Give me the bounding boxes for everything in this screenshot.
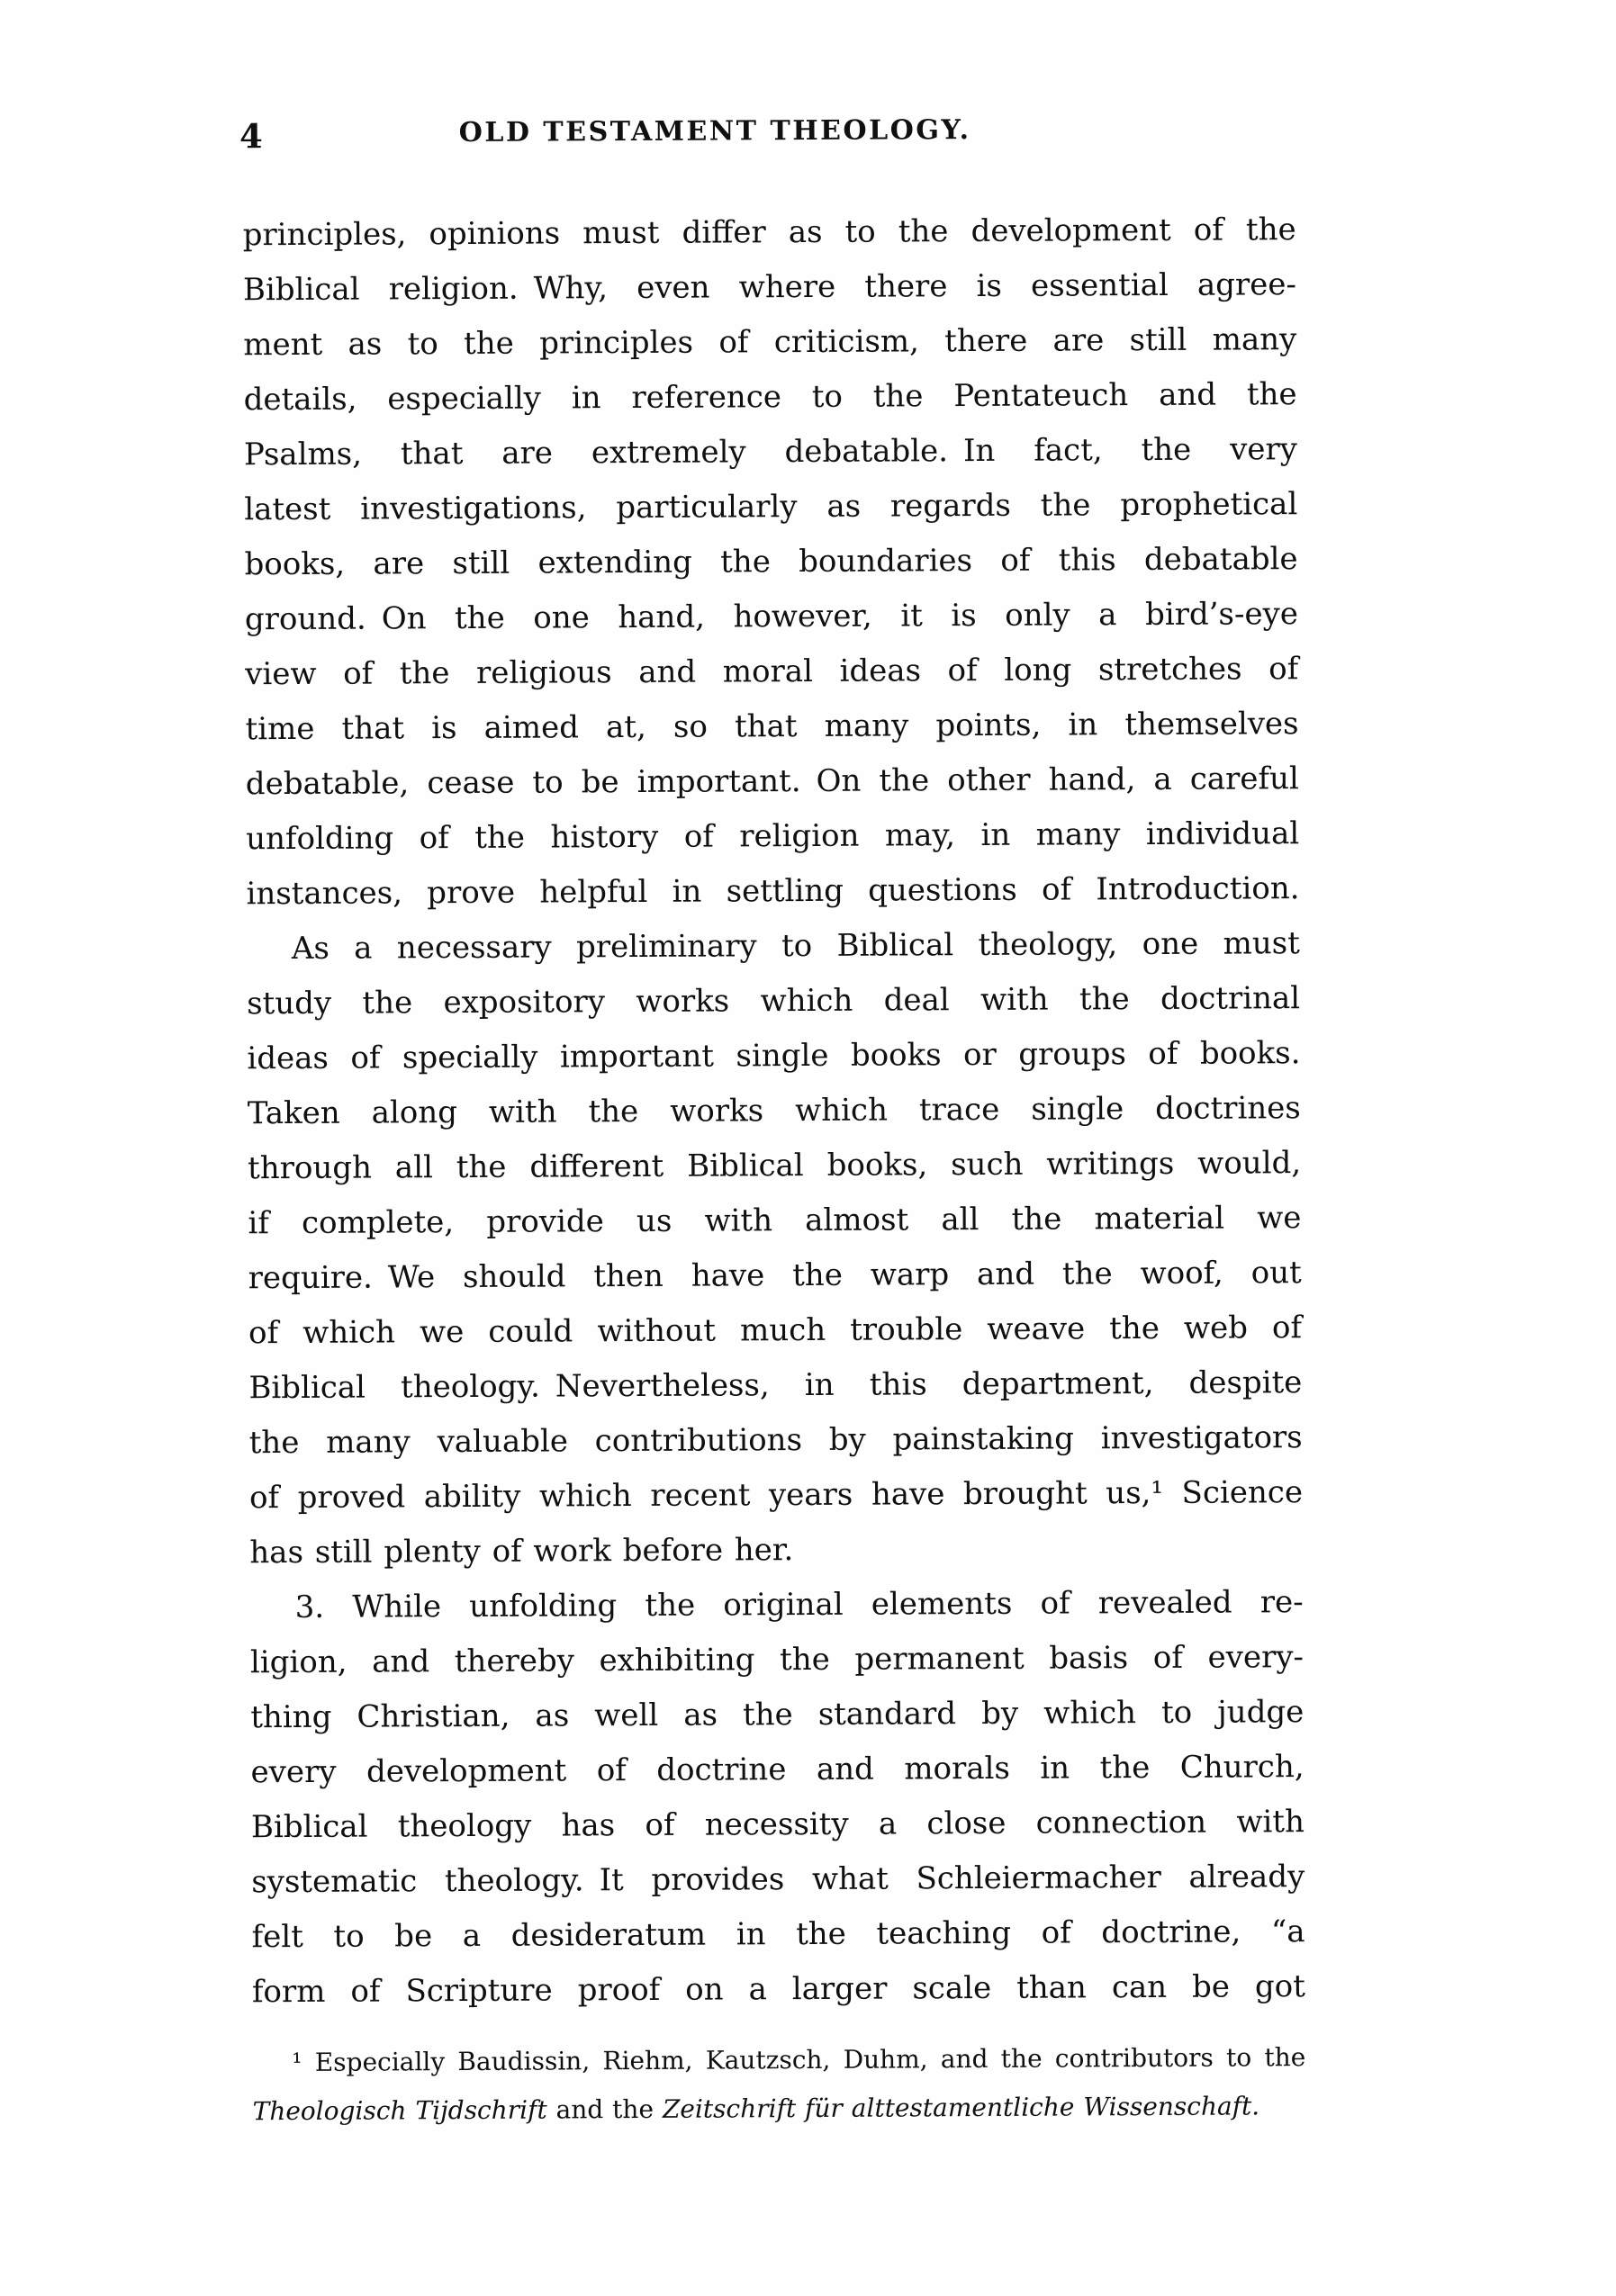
text-line: ment as to the principles of criticism, …	[243, 312, 1296, 373]
text-line: of proved ability which recent years hav…	[249, 1465, 1303, 1526]
running-header: OLD TESTAMENT THEOLOGY.	[346, 113, 1084, 149]
page-number: 4	[239, 116, 264, 156]
text-line: has still plenty of work before her.	[249, 1520, 1303, 1580]
paragraph: principles, opinions must differ as to t…	[243, 203, 1300, 922]
text-line: if complete, provide us with almost all …	[248, 1191, 1301, 1251]
footnote-text: and the	[547, 2094, 663, 2125]
text-line: ligion, and thereby exhibiting the perma…	[250, 1630, 1304, 1690]
scanned-page: 4 OLD TESTAMENT THEOLOGY. principles, op…	[0, 0, 1616, 2296]
text-line: form of Scripture proof on a larger scal…	[252, 1959, 1305, 2020]
text-line: debatable, cease to be important. On the…	[246, 752, 1299, 812]
text-line: details, especially in reference to the …	[243, 367, 1296, 428]
text-line: instances, prove helpful in settling que…	[246, 861, 1299, 922]
text-line: As a necessary preliminary to Biblical t…	[247, 916, 1300, 977]
text-line: through all the different Biblical books…	[248, 1136, 1301, 1196]
text-line: felt to be a desideratum in the teaching…	[251, 1904, 1305, 1965]
text-line: principles, opinions must differ as to t…	[243, 203, 1296, 263]
footnote-text: ¹ Especially Baudissin, Riehm, Kautzsch,…	[292, 2042, 1305, 2077]
text-line: study the expository works which deal wi…	[247, 971, 1300, 1031]
text-line: every development of doctrine and morals…	[250, 1740, 1304, 1800]
footnote-line: ¹ Especially Baudissin, Riehm, Kautzsch,…	[252, 2033, 1305, 2087]
paragraph: As a necessary preliminary to Biblical t…	[247, 916, 1304, 1580]
text-line: require. We should then have the warp an…	[248, 1246, 1302, 1306]
footnote-italic-title: Theologisch Tijdschrift	[253, 2095, 547, 2127]
text-line: the many valuable contributions by pains…	[249, 1410, 1303, 1471]
text-line: Taken along with the works which trace s…	[248, 1081, 1301, 1141]
footnote-line: Theologisch Tijdschrift and the Zeitschr…	[252, 2082, 1305, 2136]
text-line: ideas of specially important single book…	[247, 1026, 1300, 1086]
text-line: books, are still extending the boundarie…	[244, 532, 1297, 592]
text-line: Biblical theology has of necessity a clo…	[251, 1795, 1305, 1855]
text-line: ground. On the one hand, however, it is …	[245, 587, 1298, 647]
page-content: 4 OLD TESTAMENT THEOLOGY. principles, op…	[0, 0, 1616, 2296]
text-line: Psalms, that are extremely debatable. In…	[244, 422, 1297, 482]
text-line: latest investigations, particularly as r…	[244, 477, 1297, 537]
text-line: thing Christian, as well as the standard…	[250, 1685, 1304, 1745]
text-line: systematic theology. It provides what Sc…	[251, 1850, 1305, 1910]
text-line: of which we could without much trouble w…	[248, 1301, 1302, 1361]
text-line: Biblical theology. Nevertheless, in this…	[248, 1355, 1302, 1416]
text-line: Biblical religion. Why, even where there…	[243, 257, 1296, 318]
text-line: unfolding of the history of religion may…	[246, 806, 1299, 867]
text-line: time that is aimed at, so that many poin…	[245, 697, 1298, 757]
paragraph: 3. While unfolding the original elements…	[250, 1575, 1306, 2020]
body-text: principles, opinions must differ as to t…	[243, 203, 1306, 2020]
text-line: view of the religious and moral ideas of…	[245, 642, 1298, 702]
text-line: 3. While unfolding the original elements…	[250, 1575, 1304, 1635]
footnote-italic-title: Zeitschrift für alttestamentliche Wissen…	[663, 2091, 1259, 2123]
footnote: ¹ Especially Baudissin, Riehm, Kautzsch,…	[252, 2033, 1306, 2136]
